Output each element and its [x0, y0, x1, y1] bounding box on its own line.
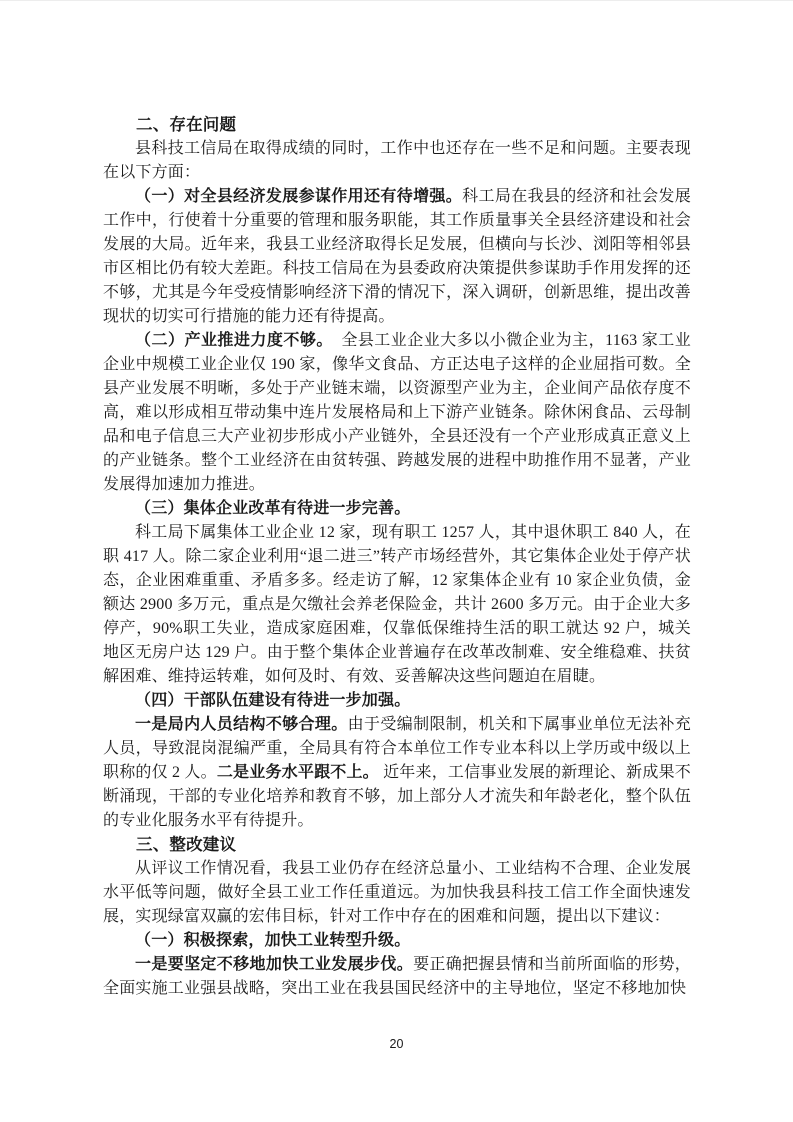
bold-text-run: （二）产业推进力度不够。: [135, 332, 325, 349]
bold-text-run: （三）集体企业改革有待进一步完善。: [135, 500, 410, 517]
bold-text-run: 一是局内人员结构不够合理。: [135, 716, 348, 733]
text-run: 从评议工作情况看，我县工业仍存在经济总量小、工业结构不合理、企业发展水平低等问题…: [103, 860, 691, 925]
paragraph: （三）集体企业改革有待进一步完善。: [103, 497, 691, 521]
bold-text-run: 二是业务水平跟不上。: [217, 764, 379, 781]
bold-text-run: （一）积极探索，加快工业转型升级。: [135, 932, 410, 949]
paragraph: 一是局内人员结构不够合理。由于受编制限制，机关和下属事业单位无法补充人员，导致混…: [103, 713, 691, 833]
document-body: 二、存在问题县科技工信局在取得成绩的同时，工作中也还存在一些不足和问题。主要表现…: [103, 113, 691, 1001]
bold-text-run: （一）对全县经济发展参谋作用还有待增强。: [135, 188, 462, 205]
section-heading: 二、存在问题: [103, 113, 691, 137]
paragraph: 县科技工信局在取得成绩的同时，工作中也还存在一些不足和问题。主要表现在以下方面：: [103, 137, 691, 185]
paragraph: 一是要坚定不移地加快工业发展步伐。要正确把握县情和当前所面临的形势，全面实施工业…: [103, 953, 691, 1001]
paragraph: （一）对全县经济发展参谋作用还有待增强。科工局在我县的经济和社会发展工作中，行使…: [103, 185, 691, 329]
paragraph: （一）积极探索，加快工业转型升级。: [103, 929, 691, 953]
text-run: 县科技工信局在取得成绩的同时，工作中也还存在一些不足和问题。主要表现在以下方面：: [103, 140, 691, 181]
paragraph: 从评议工作情况看，我县工业仍存在经济总量小、工业结构不合理、企业发展水平低等问题…: [103, 857, 691, 929]
bold-text-run: 二、存在问题: [136, 116, 236, 134]
section-heading: 三、整改建议: [103, 833, 691, 857]
paragraph: （二）产业推进力度不够。 全县工业企业大多以小微企业为主，1163 家工业企业中…: [103, 329, 691, 497]
text-run: 科工局下属集体工业企业 12 家，现有职工 1257 人，其中退休职工 840 …: [103, 524, 691, 685]
bold-text-run: 一是要坚定不移地加快工业发展步伐。: [135, 956, 413, 973]
paragraph: 科工局下属集体工业企业 12 家，现有职工 1257 人，其中退休职工 840 …: [103, 521, 691, 689]
bold-text-run: （四）干部队伍建设有待进一步加强。: [135, 692, 410, 709]
document-page: 二、存在问题县科技工信局在取得成绩的同时，工作中也还存在一些不足和问题。主要表现…: [0, 0, 793, 1122]
paragraph: （四）干部队伍建设有待进一步加强。: [103, 689, 691, 713]
text-run: 科工局在我县的经济和社会发展工作中，行使着十分重要的管理和服务职能，其工作质量事…: [103, 188, 691, 325]
bold-text-run: 三、整改建议: [136, 836, 236, 854]
text-run: 全县工业企业大多以小微企业为主，1163 家工业企业中规模工业企业仅 190 家…: [103, 332, 691, 493]
page-number: 20: [0, 1037, 793, 1051]
